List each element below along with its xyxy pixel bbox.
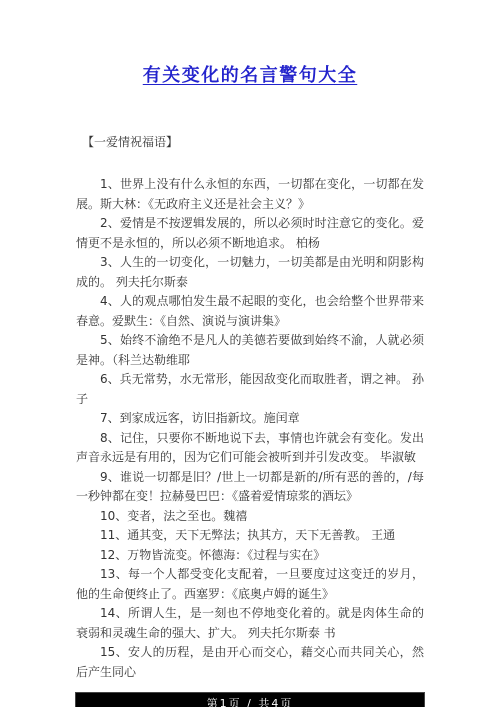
section-heading: 【一爱情祝福语】 [82, 133, 500, 150]
quote-paragraph: 13、每一个人都受变化支配着，一旦要度过这变迁的岁月，他的生命便终止了。西塞罗：… [76, 565, 424, 604]
quote-paragraph: 2、爱情是不按逻辑发展的，所以必须时时注意它的变化。爱情更不是永恒的，所以必须不… [76, 214, 424, 253]
quote-paragraph: 10、变者，法之至也。魏禧 [76, 507, 424, 527]
quote-paragraph: 1、世界上没有什么永恒的东西，一切都在变化，一切都在发展。斯大林：《无政府主义还… [76, 175, 424, 214]
page-indicator-bar: 第1页 / 共4页 [75, 692, 425, 707]
quote-paragraph: 6、兵无常势，水无常形，能因敌变化而取胜者，谓之神。 孙子 [76, 370, 424, 409]
document-page: 有关变化的名言警句大全 【一爱情祝福语】 1、世界上没有什么永恒的东西，一切都在… [0, 0, 500, 707]
quote-paragraph: 11、通其变，天下无弊法；执其方，天下无善教。 王通 [76, 526, 424, 546]
page-title: 有关变化的名言警句大全 [0, 0, 500, 87]
quote-list: 1、世界上没有什么永恒的东西，一切都在变化，一切都在发展。斯大林：《无政府主义还… [76, 175, 424, 682]
quote-paragraph: 12、万物皆流变。怀德海：《过程与实在》 [76, 546, 424, 566]
page-title-text: 有关变化的名言警句大全 [143, 65, 358, 86]
quote-paragraph: 9、谁说一切都是旧？/世上一切都是新的/所有恶的善的，/每一秒钟都在变！拉赫曼巴… [76, 468, 424, 507]
page-indicator-text: 第1页 / 共4页 [207, 695, 294, 707]
quote-paragraph: 3、人生的一切变化，一切魅力，一切美都是由光明和阴影构成的。 列夫托尔斯泰 [76, 253, 424, 292]
quote-paragraph: 15、安人的历程，是由开心而交心，藉交心而共同关心，然后产生同心 [76, 643, 424, 682]
quote-paragraph: 8、记住，只要你不断地说下去，事情也许就会有变化。发出声音永远是有用的，因为它们… [76, 429, 424, 468]
quote-paragraph: 14、所谓人生，是一刻也不停地变化着的。就是肉体生命的衰弱和灵魂生命的强大、扩大… [76, 604, 424, 643]
quote-paragraph: 7、到家成远客，访旧指新坟。施闰章 [76, 409, 424, 429]
quote-paragraph: 4、人的观点哪怕发生最不起眼的变化，也会给整个世界带来春意。爱默生：《自然、演说… [76, 292, 424, 331]
quote-paragraph: 5、始终不渝绝不是凡人的美德若要做到始终不渝，人就必须是神。（科兰达勒维耶 [76, 331, 424, 370]
